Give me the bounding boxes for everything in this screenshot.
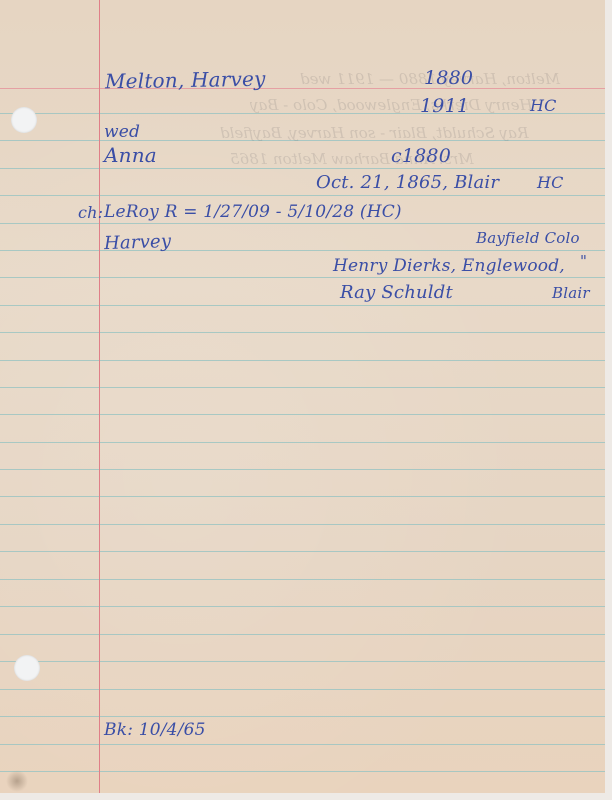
rule-line [0, 496, 605, 497]
footer-note: Bk: 10/4/65 [104, 720, 206, 740]
rule-line [0, 442, 605, 443]
children-label: ch: [78, 203, 103, 222]
punch-hole-bottom [14, 655, 40, 681]
name-entry: Melton, Harvey [105, 67, 266, 94]
rule-line [0, 360, 605, 361]
notebook-page: Melton, Harvey 1880 — 1911 wed Henry Die… [0, 0, 605, 793]
marriage-note: HC [537, 173, 564, 192]
spouse-birth: c1880 [391, 145, 451, 167]
rule-line [0, 579, 605, 580]
punch-hole-top [11, 107, 37, 133]
bleed-through-text: Ray Schuldt, Blair - son Harvey, Bayfiel… [220, 124, 529, 142]
rule-line [0, 551, 605, 552]
location-1: Bayfield Colo [476, 229, 580, 247]
person-1-ditto: " [580, 252, 587, 270]
location-2: Blair [552, 284, 590, 302]
rule-line [0, 606, 605, 607]
rule-line [0, 689, 605, 690]
child-1: LeRoy R = 1/27/09 - 5/10/28 (HC) [104, 202, 402, 222]
person-1: Henry Dierks, Englewood, [333, 256, 565, 276]
rule-line [0, 744, 605, 745]
bleed-through-text: Henry Dierks, Englewood, Colo - Bay [250, 96, 533, 114]
rule-line [0, 469, 605, 470]
rule-line [0, 524, 605, 525]
rule-line [0, 223, 605, 224]
death-year: 1911 [420, 95, 469, 117]
death-note: HC [530, 96, 557, 115]
rule-line [0, 387, 605, 388]
rule-line [0, 277, 605, 278]
rule-line [0, 716, 605, 717]
rule-line [0, 661, 605, 662]
paper-stain [6, 770, 28, 792]
spouse-name: Anna [104, 143, 157, 167]
rule-line [0, 634, 605, 635]
top-red-rule [0, 88, 605, 89]
rule-line [0, 414, 605, 415]
rule-line [0, 332, 605, 333]
person-2: Ray Schuldt [340, 282, 453, 303]
rule-line [0, 168, 605, 169]
rule-line [0, 305, 605, 306]
rule-line [0, 250, 605, 251]
child-2: Harvey [104, 231, 172, 254]
margin-line [99, 0, 100, 793]
rule-line [0, 195, 605, 196]
rule-line [0, 771, 605, 772]
spouse-label: wed [104, 122, 140, 142]
birth-year: 1880 [424, 67, 473, 89]
marriage-date: Oct. 21, 1865, Blair [316, 172, 499, 193]
